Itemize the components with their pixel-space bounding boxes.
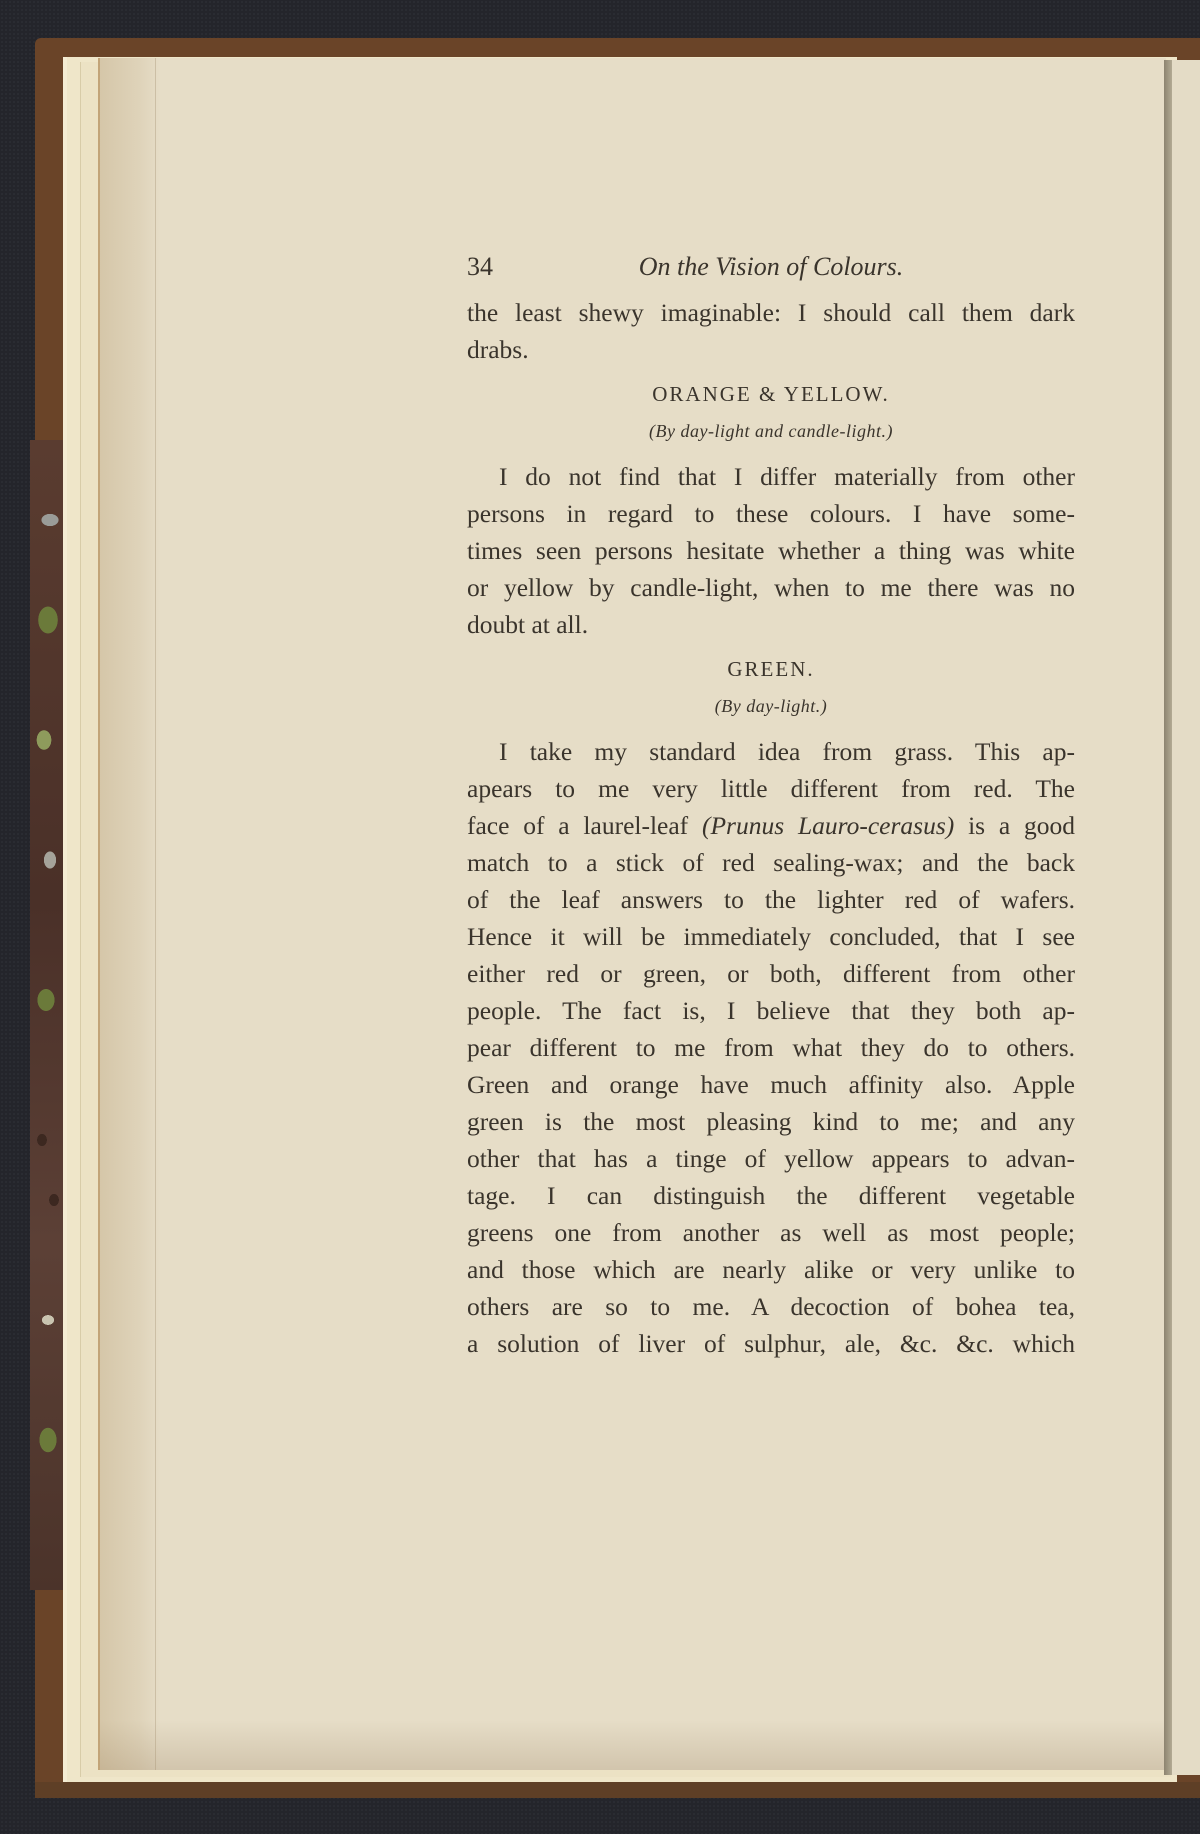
text-line: either red or green, or both, different … [467, 955, 1075, 992]
text-line: or yellow by candle-light, when to me th… [467, 569, 1075, 606]
text-line: other that has a tinge of yellow appears… [467, 1140, 1075, 1177]
text-line: I do not find that I differ materially f… [467, 458, 1075, 495]
text-line: Hence it will be immediately concluded, … [467, 918, 1075, 955]
text-line: greens one from another as well as most … [467, 1214, 1075, 1251]
text-fragment: face of a laurel-leaf [467, 811, 688, 840]
section-subheading: (By day-light.) [467, 689, 1075, 723]
text-line: match to a stick of red sealing-wax; and… [467, 844, 1075, 881]
text-line: of the leaf answers to the lighter red o… [467, 881, 1075, 918]
text-line: I take my standard idea from grass. This… [467, 733, 1075, 770]
page-gutter [1164, 60, 1172, 1775]
text-line: the least shewy imaginable: I should cal… [467, 294, 1075, 331]
text-line: times seen persons hesitate whether a th… [467, 532, 1075, 569]
text-line: apears to me very little different from … [467, 770, 1075, 807]
book-cover-bottom [35, 1782, 1200, 1798]
text-line: a solution of liver of sulphur, ale, &c.… [467, 1325, 1075, 1362]
text-line: others are so to me. A decoction of bohe… [467, 1288, 1075, 1325]
text-line-laurel: face of a laurel-leaf (Prunus Lauro-cera… [467, 807, 1075, 844]
text-line: doubt at all. [467, 606, 1075, 643]
text-line: and those which are nearly alike or very… [467, 1251, 1075, 1288]
text-line: Green and orange have much affinity also… [467, 1066, 1075, 1103]
page-text-block: 34 On the Vision of Colours. the least s… [467, 252, 1075, 1362]
text-line: drabs. [467, 331, 1075, 368]
running-title: On the Vision of Colours. [467, 252, 1075, 282]
text-line: tage. I can distinguish the different ve… [467, 1177, 1075, 1214]
text-fragment: is a good [968, 811, 1075, 840]
text-line: pear different to me from what they do t… [467, 1029, 1075, 1066]
facing-page-edge [1172, 60, 1200, 1775]
section-subheading: (By day-light and candle-light.) [467, 414, 1075, 448]
section-heading-orange-yellow: ORANGE & YELLOW. [467, 374, 1075, 414]
text-line: persons in regard to these colours. I ha… [467, 495, 1075, 532]
text-line: green is the most pleasing kind to me; a… [467, 1103, 1075, 1140]
running-head: 34 On the Vision of Colours. [467, 252, 1075, 294]
section-heading-green: GREEN. [467, 649, 1075, 689]
text-line: people. The fact is, I believe that they… [467, 992, 1075, 1029]
marbled-endpaper [30, 440, 64, 1590]
botanical-name: (Prunus Lauro-cerasus) [702, 811, 954, 840]
